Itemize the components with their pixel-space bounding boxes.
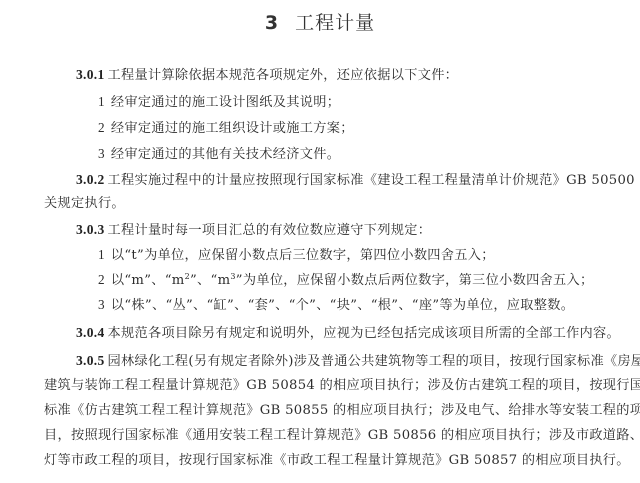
item-number: 2 [98,120,105,135]
clause-text: 工程实施过程中的计量应按照现行国家标准《建设工程工程量清单计价规范》GB 505… [108,173,640,188]
item-text: 以“株”、“丛”、“缸”、“套”、“个”、“块”、“根”、“座”等为单位，应取整… [111,298,574,313]
clause-3-0-4: 3.0.4本规范各项目除另有规定和说明外，应视为已经包括完成该项目所需的全部工作… [76,324,620,343]
clause-3-0-2: 3.0.2工程实施过程中的计量应按照现行国家标准《建设工程工程量清单计价规范》G… [76,171,640,190]
item-text-part: ”、“m [190,273,230,288]
item-text-part: 以“m”、“m [111,273,185,288]
document-page: 3工程计量 3.0.1工程量计算除依据本规范各项规定外，还应依据以下文件： 1经… [0,0,640,483]
clause-text: 工程计量时每一项目汇总的有效位数应遵守下列规定： [108,223,432,238]
clause-3-0-5-line-4: 目，按照现行国家标准《通用安装工程工程计算规范》GB 50856 的相应项目执行… [44,427,640,445]
clause-number: 3.0.3 [76,222,105,237]
clause-3-0-1: 3.0.1工程量计算除依据本规范各项规定外，还应依据以下文件： [76,66,458,85]
clause-number: 3.0.2 [76,172,105,187]
item-text: 经审定通过的其他有关技术经济文件。 [111,147,340,162]
item-text: 经审定通过的施工组织设计或施工方案； [111,121,354,136]
item-text: 以“t”为单位，应保留小数点后三位数字，第四位小数四舍五入； [111,248,495,263]
clause-3-0-1-item-1: 1经审定通过的施工设计图纸及其说明； [98,93,340,112]
clause-text: 标准《仿古建筑工程工程计算规范》GB 50855 的相应项目执行；涉及电气、给排… [44,403,640,418]
clause-text: 灯等市政工程的项目，按现行国家标准《市政工程工程量计算规范》GB 50857 的… [44,453,630,468]
clause-3-0-3: 3.0.3工程计量时每一项目汇总的有效位数应遵守下列规定： [76,221,431,240]
clause-3-0-2-continuation: 关规定执行。 [44,195,125,213]
clause-number: 3.0.4 [76,325,105,340]
clause-text: 建筑与装饰工程工程量计算规范》GB 50854 的相应项目执行；涉及仿古建筑工程… [44,378,640,393]
clause-3-0-3-item-2: 2以“m”、“m2”、“m3”为单位，应保留小数点后两位数字，第三位小数四舍五入… [98,271,594,290]
clause-3-0-3-item-1: 1以“t”为单位，应保留小数点后三位数字，第四位小数四舍五入； [98,246,495,265]
clause-3-0-5-line-3: 标准《仿古建筑工程工程计算规范》GB 50855 的相应项目执行；涉及电气、给排… [44,402,640,420]
chapter-number: 3 [265,12,279,34]
item-number: 3 [98,146,105,161]
clause-3-0-5: 3.0.5园林绿化工程(另有规定者除外)涉及普通公共建筑物等工程的项目，按现行国… [76,352,640,371]
clause-number: 3.0.5 [76,353,105,368]
item-number: 3 [98,297,105,312]
item-text: 经审定通过的施工设计图纸及其说明； [111,95,340,110]
chapter-title: 3工程计量 [0,8,640,35]
clause-text: 目，按照现行国家标准《通用安装工程工程计算规范》GB 50856 的相应项目执行… [44,428,640,443]
clause-3-0-1-item-2: 2经审定通过的施工组织设计或施工方案； [98,119,354,138]
chapter-heading: 工程计量 [295,12,375,34]
clause-3-0-5-line-5: 灯等市政工程的项目，按现行国家标准《市政工程工程量计算规范》GB 50857 的… [44,452,630,470]
item-number: 2 [98,272,105,287]
clause-3-0-1-item-3: 3经审定通过的其他有关技术经济文件。 [98,145,340,164]
item-number: 1 [98,247,105,262]
clause-text: 园林绿化工程(另有规定者除外)涉及普通公共建筑物等工程的项目，按现行国家标准《房… [108,354,640,369]
clause-3-0-3-item-3: 3以“株”、“丛”、“缸”、“套”、“个”、“块”、“根”、“座”等为单位，应取… [98,296,574,315]
clause-text: 本规范各项目除另有规定和说明外，应视为已经包括完成该项目所需的全部工作内容。 [108,326,621,341]
item-number: 1 [98,94,105,109]
item-text-part: ”为单位，应保留小数点后两位数字，第三位小数四舍五入； [236,273,594,288]
clause-number: 3.0.1 [76,67,105,82]
clause-3-0-5-line-2: 建筑与装饰工程工程量计算规范》GB 50854 的相应项目执行；涉及仿古建筑工程… [44,377,640,395]
clause-text: 关规定执行。 [44,196,125,211]
clause-text: 工程量计算除依据本规范各项规定外，还应依据以下文件： [108,68,459,83]
